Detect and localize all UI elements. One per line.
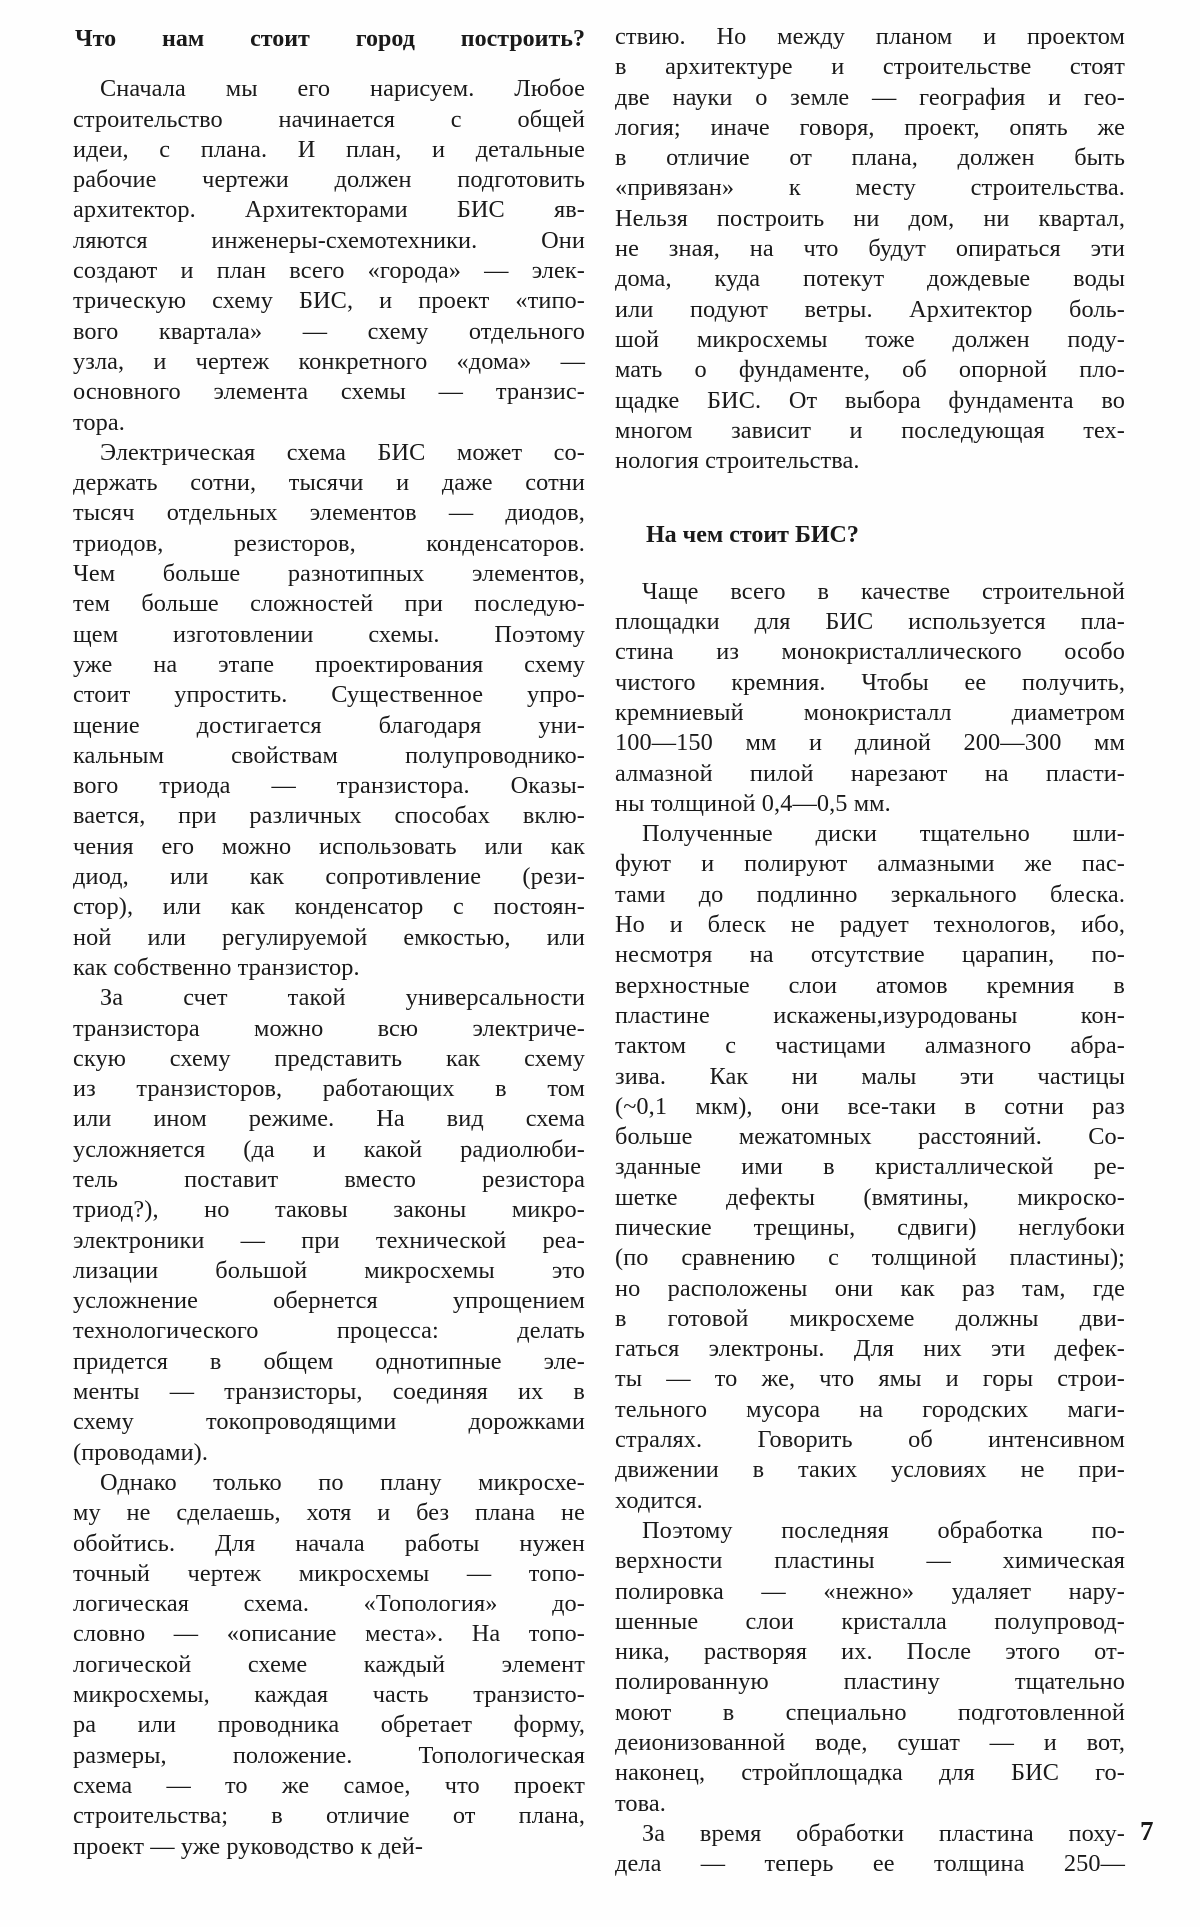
text-line: кальным свойствам полупроводнико-: [73, 741, 585, 771]
text-line: в отличие от плана, должен быть: [615, 143, 1125, 173]
text-line: ствию. Но между планом и проектом: [615, 22, 1125, 52]
text-line: из транзисторов, работающих в том: [73, 1074, 585, 1104]
text-line: строительство начинается с общей: [73, 105, 585, 135]
text-line: схему токопроводящими дорожками: [73, 1407, 585, 1437]
text-line: создают и план всего «города» — элек-: [73, 256, 585, 286]
text-line: стоит упростить. Существенное упро-: [73, 680, 585, 710]
text-line: му не сделаешь, хотя и без плана не: [73, 1498, 585, 1528]
text-line: полировка — «нежно» удаляет нару-: [615, 1577, 1125, 1607]
text-line: това.: [615, 1789, 1125, 1819]
paragraph-polishing: Полученные диски тщательно шли-фуют и по…: [615, 819, 1125, 1516]
text-line: стина из монокристаллического особо: [615, 637, 1125, 667]
text-line: технологического процесса: делать: [73, 1316, 585, 1346]
text-line: логическая схема. «Топология» до-: [73, 1589, 585, 1619]
text-line: верхности пластины — химическая: [615, 1546, 1125, 1576]
text-line: зданные ими в кристаллической ре-: [615, 1152, 1125, 1182]
text-line: стор), или как конденсатор с постоян-: [73, 892, 585, 922]
text-line: ны толщиной 0,4—0,5 мм.: [615, 789, 1125, 819]
text-line: Чем больше разнотипных элементов,: [73, 559, 585, 589]
text-line: движении в таких условиях не при-: [615, 1455, 1125, 1485]
text-line: наконец, стройплощадка для БИС го-: [615, 1758, 1125, 1788]
text-line: чистого кремния. Чтобы ее получить,: [615, 668, 1125, 698]
text-line: ника, растворяя их. После этого от-: [615, 1637, 1125, 1667]
text-line: За счет такой универсальности: [73, 983, 585, 1013]
text-line: проект — уже руководство к дей-: [73, 1832, 585, 1862]
text-line: фуют и полируют алмазными же пас-: [615, 849, 1125, 879]
text-line: как собственно транзистор.: [73, 953, 585, 983]
text-line: не зная, на что будут опираться эти: [615, 234, 1125, 264]
text-line: в готовой микросхеме должны дви-: [615, 1304, 1125, 1334]
text-line: Чаще всего в качестве строительной: [615, 577, 1125, 607]
text-line: идеи, с плана. И план, и детальные: [73, 135, 585, 165]
text-line: тактом с частицами алмазного абра-: [615, 1031, 1125, 1061]
text-line: деионизованной воде, сушат — и вот,: [615, 1728, 1125, 1758]
text-line: вается, при различных способах вклю-: [73, 801, 585, 831]
text-line: моют в специально подготовленной: [615, 1698, 1125, 1728]
text-line: многом зависит и последующая тех-: [615, 416, 1125, 446]
text-line: щадке БИС. От выбора фундамента во: [615, 386, 1125, 416]
text-line: Поэтому последняя обработка по-: [615, 1516, 1125, 1546]
text-line: вого триода — транзистора. Оказы-: [73, 771, 585, 801]
text-line: или ином режиме. На вид схема: [73, 1104, 585, 1134]
text-line: стралях. Говорить об интенсивном: [615, 1425, 1125, 1455]
text-line: ляются инженеры-схемотехники. Они: [73, 226, 585, 256]
text-line: дома, куда потекут дождевые воды: [615, 264, 1125, 294]
paragraph-electric-scheme: Электрическая схема БИС может со-держать…: [73, 438, 585, 983]
text-line: тора.: [73, 408, 585, 438]
text-line: вого квартала» — схему отдельного: [73, 317, 585, 347]
paragraph-universality: За счет такой универсальноститранзистора…: [73, 983, 585, 1468]
text-line: триодов, резисторов, конденсаторов.: [73, 529, 585, 559]
text-line: но расположены они как раз там, где: [615, 1274, 1125, 1304]
text-line: или подуют ветры. Архитектор боль-: [615, 295, 1125, 325]
section-heading-foundation: На чем стоит БИС?: [615, 520, 1125, 550]
text-line: (по сравнению с толщиной пластины);: [615, 1243, 1125, 1273]
text-line: точный чертеж микросхемы — топо-: [73, 1559, 585, 1589]
paragraph-drawing: Сначала мы его нарисуем. Любоестроительс…: [73, 74, 585, 438]
text-line: 100—150 мм и длиной 200—300 мм: [615, 728, 1125, 758]
text-line: (~0,1 мкм), они все-таки в сотни раз: [615, 1092, 1125, 1122]
text-line: тельного мусора на городских маги-: [615, 1395, 1125, 1425]
text-line: несмотря на отсутствие царапин, по-: [615, 940, 1125, 970]
text-line: полированную пластину тщательно: [615, 1667, 1125, 1697]
paragraph-continuation: ствию. Но между планом и проектомв архит…: [615, 22, 1125, 476]
text-line: скую схему представить как схему: [73, 1044, 585, 1074]
text-line: щем изготовлении схемы. Поэтому: [73, 620, 585, 650]
text-line: тысяч отдельных элементов — диодов,: [73, 498, 585, 528]
text-line: больше межатомных расстояний. Со-: [615, 1122, 1125, 1152]
text-line: За время обработки пластина поху-: [615, 1819, 1125, 1849]
text-line: ты — то же, что ямы и горы строи-: [615, 1364, 1125, 1394]
section-heading-city: Что нам стоит город построить?: [73, 24, 585, 54]
text-line: щение достигается благодаря уни-: [73, 711, 585, 741]
text-line: микросхемы, каждая часть транзисто-: [73, 1680, 585, 1710]
text-line: Полученные диски тщательно шли-: [615, 819, 1125, 849]
text-line: тами до подлинно зеркального блеска.: [615, 880, 1125, 910]
text-line: пластине искажены,изуродованы кон-: [615, 1001, 1125, 1031]
text-line: усложняется (да и какой радиолюби-: [73, 1135, 585, 1165]
text-line: схема — то же самое, что проект: [73, 1771, 585, 1801]
text-line: узла, и чертеж конкретного «дома» —: [73, 347, 585, 377]
text-line: держать сотни, тысячи и даже сотни: [73, 468, 585, 498]
text-line: менты — транзисторы, соединяя их в: [73, 1377, 585, 1407]
text-line: электроники — при технической реа-: [73, 1226, 585, 1256]
text-line: шенные слои кристалла полупровод-: [615, 1607, 1125, 1637]
text-line: мать о фундаменте, об опорной пло-: [615, 355, 1125, 385]
text-line: шой микросхемы тоже должен поду-: [615, 325, 1125, 355]
text-line: тель поставит вместо резистора: [73, 1165, 585, 1195]
text-line: логия; иначе говоря, проект, опять же: [615, 113, 1125, 143]
text-line: Но и блеск не радует технологов, ибо,: [615, 910, 1125, 940]
text-line: основного элемента схемы — транзис-: [73, 377, 585, 407]
right-column: ствию. Но между планом и проектомв архит…: [615, 22, 1125, 1880]
text-line: строительства; в отличие от плана,: [73, 1801, 585, 1831]
text-line: архитектор. Архитекторами БИС яв-: [73, 195, 585, 225]
text-line: словно — «описание места». На топо-: [73, 1619, 585, 1649]
paragraph-thickness: За время обработки пластина поху-дела — …: [615, 1819, 1125, 1880]
text-line: гаться электроны. Для них эти дефек-: [615, 1334, 1125, 1364]
text-line: лизации большой микросхемы это: [73, 1256, 585, 1286]
text-line: верхностные слои атомов кремния в: [615, 971, 1125, 1001]
text-line: трическую схему БИС, и проект «типо-: [73, 286, 585, 316]
text-line: зива. Как ни малы эти частицы: [615, 1062, 1125, 1092]
text-line: Сначала мы его нарисуем. Любое: [73, 74, 585, 104]
book-page: Что нам стоит город построить? Сначала м…: [0, 0, 1200, 1927]
text-line: чения его можно использовать или как: [73, 832, 585, 862]
text-line: рабочие чертежи должен подготовить: [73, 165, 585, 195]
paragraph-topology: Однако только по плану микросхе-му не сд…: [73, 1468, 585, 1862]
text-line: Нельзя построить ни дом, ни квартал,: [615, 204, 1125, 234]
text-line: Однако только по плану микросхе-: [73, 1468, 585, 1498]
text-line: придется в общем однотипные эле-: [73, 1347, 585, 1377]
page-number: 7: [1140, 1816, 1154, 1846]
text-line: алмазной пилой нарезают на пласти-: [615, 759, 1125, 789]
text-line: кремниевый монокристалл диаметром: [615, 698, 1125, 728]
text-line: логической схеме каждый элемент: [73, 1650, 585, 1680]
text-line: «привязан» к месту строительства.: [615, 173, 1125, 203]
text-line: триод?), но таковы законы микро-: [73, 1195, 585, 1225]
text-line: шетке дефекты (вмятины, микроско-: [615, 1183, 1125, 1213]
text-line: дела — теперь ее толщина 250—: [615, 1849, 1125, 1879]
text-line: (проводами).: [73, 1438, 585, 1468]
text-line: уже на этапе проектирования схему: [73, 650, 585, 680]
left-column: Что нам стоит город построить? Сначала м…: [73, 22, 585, 1862]
text-line: размеры, положение. Топологическая: [73, 1741, 585, 1771]
paragraph-chemical-polishing: Поэтому последняя обработка по-верхности…: [615, 1516, 1125, 1819]
text-line: диод, или как сопротивление (рези-: [73, 862, 585, 892]
text-line: ходится.: [615, 1486, 1125, 1516]
text-line: две науки о земле — география и гео-: [615, 83, 1125, 113]
text-line: усложнение обернется упрощением: [73, 1286, 585, 1316]
text-line: Электрическая схема БИС может со-: [73, 438, 585, 468]
text-line: площадки для БИС используется пла-: [615, 607, 1125, 637]
text-line: в архитектуре и строительстве стоят: [615, 52, 1125, 82]
text-line: ра или проводника обретает форму,: [73, 1710, 585, 1740]
text-line: пические трещины, сдвиги) неглубоки: [615, 1213, 1125, 1243]
text-line: тем больше сложностей при последую-: [73, 589, 585, 619]
text-line: транзистора можно всю электриче-: [73, 1014, 585, 1044]
text-line: ной или регулируемой емкостью, или: [73, 923, 585, 953]
paragraph-silicon-wafer: Чаще всего в качестве строительнойплощад…: [615, 577, 1125, 819]
text-line: нология строительства.: [615, 446, 1125, 476]
text-line: обойтись. Для начала работы нужен: [73, 1529, 585, 1559]
